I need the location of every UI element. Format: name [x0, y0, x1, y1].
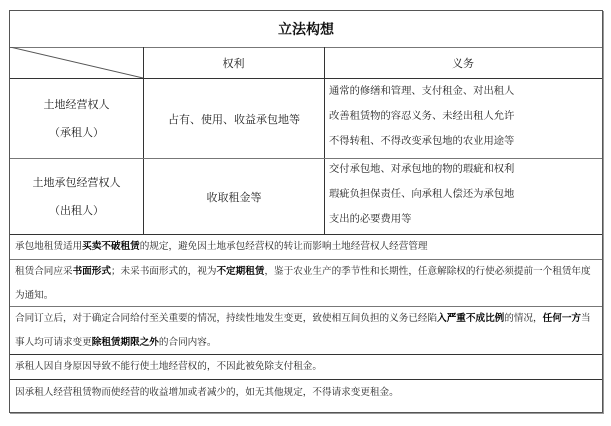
- emphasis-text: 入严重不成比例: [437, 313, 504, 324]
- note-text: 承包地租赁适用: [15, 241, 82, 252]
- rights-cell: 占有、使用、收益承包地等: [144, 79, 324, 158]
- legislative-concept-table: 立法构想 权利 义务 土地经营权人 （承租人） 占有、使用、收益承包地等 通常的…: [9, 10, 603, 413]
- party-name: 土地承包经营权人: [33, 169, 121, 197]
- note-row: 承租人因自身原因导致不能行使土地经营权的，不因此被免除支付租金。: [10, 355, 602, 379]
- party-role: （承租人）: [49, 119, 104, 147]
- note-row: 承包地租赁适用买卖不破租赁的规定，避免因土地承包经营权的转让而影响土地经营权人经…: [10, 235, 602, 259]
- note-text: 的规定，避免因土地承包经营权的转让而影响土地经营权人经营管理: [140, 241, 428, 252]
- emphasis-text: 不定期租赁: [216, 266, 264, 277]
- note-row: 因承租人经营租赁物而使经营的收益增加或者减少的，如无其他规定，不得请求变更租金。: [10, 380, 602, 412]
- header-rights: 权利: [143, 47, 324, 78]
- party-cell-lessee: 土地经营权人 （承租人）: [10, 79, 143, 158]
- note-text: 承租人因自身原因导致不能行使土地经营权的，不因此被免除支付租金。: [15, 361, 322, 372]
- note-text: 租赁合同应采: [15, 266, 73, 277]
- duties-cell: 交付承包地、对承包地的物的瑕疵和权利 瑕疵负担保责任、向承租人偿还为承包地 支出…: [325, 157, 602, 234]
- emphasis-text: 任何一方: [543, 313, 581, 324]
- diagonal-corner-cell: [10, 47, 143, 78]
- duty-line: 交付承包地、对承包地的物的瑕疵和权利: [329, 157, 598, 182]
- emphasis-text: 书面形式: [73, 266, 111, 277]
- note-row: 合同订立后，对于确定合同给付至关重要的情况，持续性地发生变更，致使相互间负担的义…: [10, 307, 602, 354]
- emphasis-text: 除租赁期限之外: [92, 337, 159, 348]
- duty-line: 通常的修缮和管理、支付租金、对出租人: [329, 79, 598, 104]
- note-text: 合同订立后，对于确定合同给付至关重要的情况，持续性地发生变更，致使相互间负担的义…: [15, 313, 437, 324]
- duties-cell: 通常的修缮和管理、支付租金、对出租人 改善租赁物的容忍义务、未经出租人允许 不得…: [325, 79, 602, 158]
- party-role: （出租人）: [49, 197, 104, 225]
- duty-line: 不得转租、不得改变承包地的农业用途等: [329, 129, 598, 154]
- table-title: 立法构想: [10, 11, 602, 47]
- duty-line: 改善租赁物的容忍义务、未经出租人允许: [329, 104, 598, 129]
- party-name: 土地经营权人: [44, 91, 110, 119]
- duty-line: 瑕疵负担保责任、向承租人偿还为承包地: [329, 182, 598, 207]
- duty-line: 支出的必要费用等: [329, 207, 598, 232]
- emphasis-text: 买卖不破租赁: [82, 241, 140, 252]
- rights-cell: 收取租金等: [144, 159, 324, 234]
- note-row: 租赁合同应采书面形式；未采书面形式的，视为不定期租赁，鉴于农业生产的季节性和长期…: [10, 260, 602, 306]
- note-text: 的合同内容。: [159, 337, 217, 348]
- header-duties: 义务: [324, 47, 602, 78]
- note-text: 因承租人经营租赁物而使经营的收益增加或者减少的，如无其他规定，不得请求变更租金。: [15, 387, 399, 398]
- note-text: ；未采书面形式的，视为: [111, 266, 217, 277]
- party-cell-lessor: 土地承包经营权人 （出租人）: [10, 159, 143, 234]
- note-text: 的情况，: [504, 313, 542, 324]
